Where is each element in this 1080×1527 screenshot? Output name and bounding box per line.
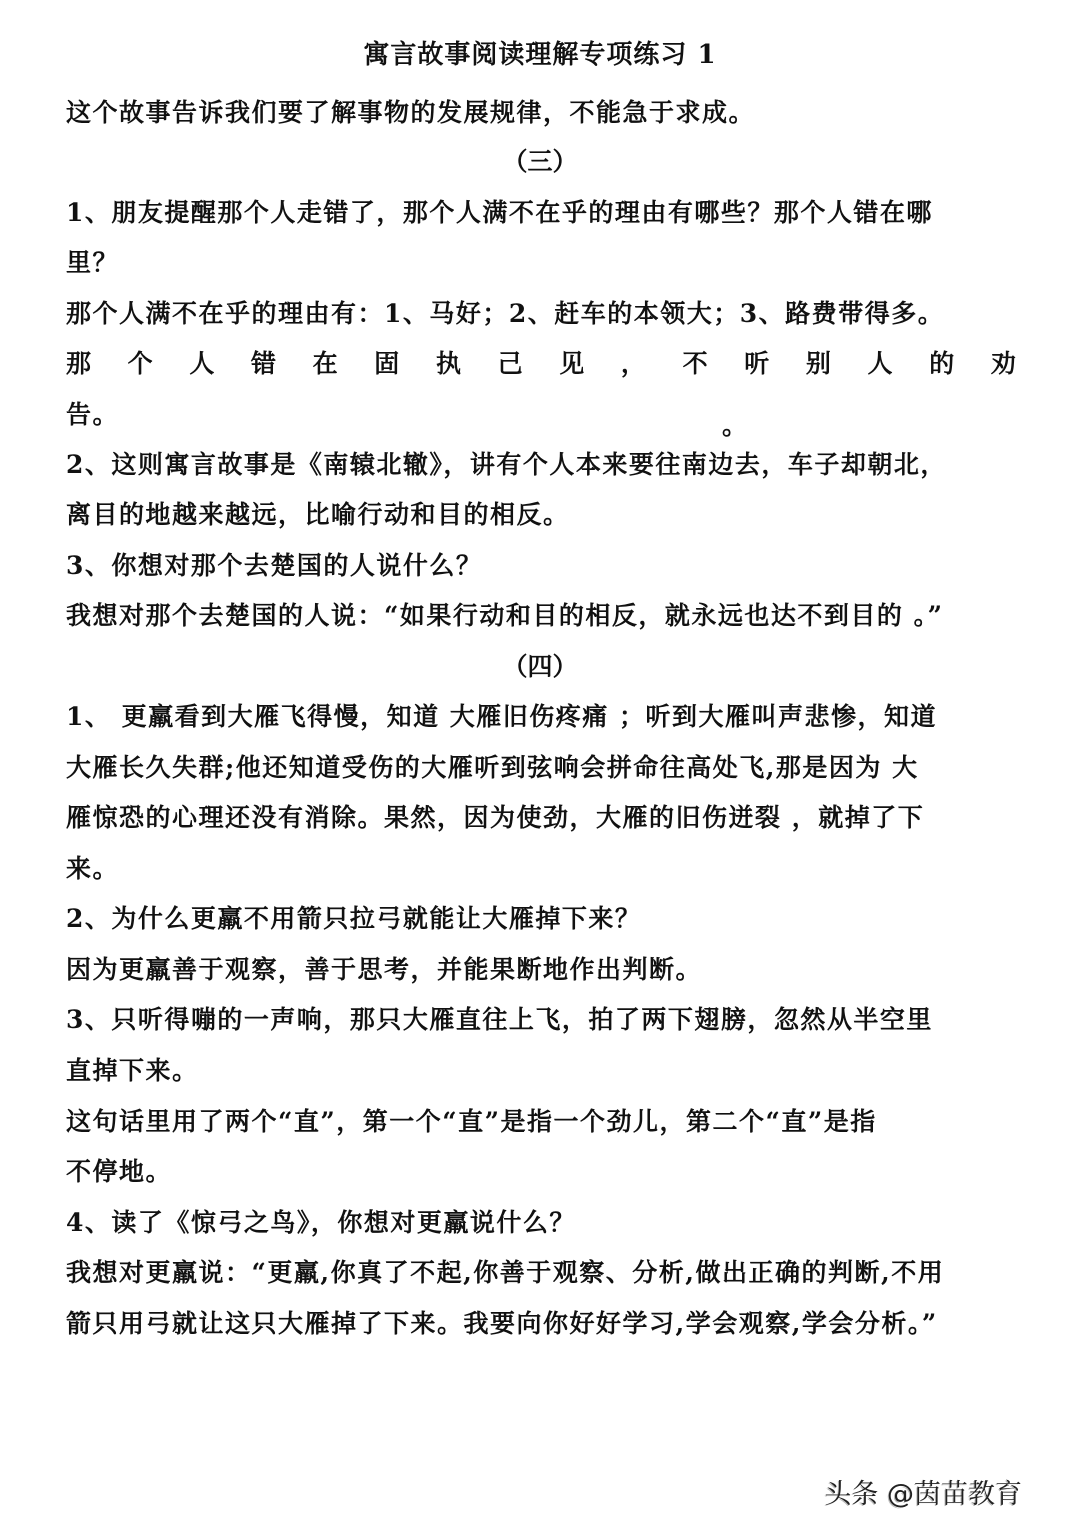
watermark: 头条 @茵苗教育 xyxy=(824,1472,1022,1511)
section4-line-2: 大雁长久失群;他还知道受伤的大雁听到弦响会拼命往高处飞,那是因为 大 xyxy=(66,751,1016,785)
char: 见 xyxy=(559,347,584,381)
char: ， xyxy=(621,347,646,381)
char: 己 xyxy=(498,347,523,381)
section-heading-4: （四） xyxy=(0,650,1080,684)
section4-line-11: 4、读了《惊弓之鸟》，你想对更羸说什么？ xyxy=(66,1206,1016,1240)
section4-line-8: 直掉下来。 xyxy=(66,1054,1016,1088)
section3-line-q1b: 里？ xyxy=(66,246,1016,280)
document-title: 寓言故事阅读理解专项练习 1 xyxy=(0,34,1080,71)
stray-period-mark: 。 xyxy=(722,406,747,442)
document-page: 寓言故事阅读理解专项练习 1 这个故事告诉我们要了解事物的发展规律，不能急于求成… xyxy=(0,0,1080,1527)
char: 那 xyxy=(66,347,91,381)
char: 错 xyxy=(251,347,276,381)
section4-line-12: 我想对更羸说：“更羸,你真了不起,你善于观察、分析,做出正确的判断,不用 xyxy=(66,1256,1016,1290)
char: 劝 xyxy=(991,347,1016,381)
section4-line-13: 箭只用弓就让这只大雁掉了下来。我要向你好好学习,学会观察,学会分析。” xyxy=(66,1307,1016,1341)
char: 固 xyxy=(374,347,399,381)
section-heading-3: （三） xyxy=(0,145,1080,179)
section3-line-a1a: 那个人满不在乎的理由有：1、马好；2、赶车的本领大；3、路费带得多。 xyxy=(66,297,1016,331)
section4-line-10: 不停地。 xyxy=(66,1155,1016,1189)
char: 在 xyxy=(313,347,338,381)
char: 不 xyxy=(683,347,708,381)
section4-line-1: 1、 更羸看到大雁飞得慢，知道 大雁旧伤疼痛 ；听到大雁叫声悲惨，知道 xyxy=(66,700,1016,734)
char: 个 xyxy=(128,347,153,381)
section3-line-a3: 我想对那个去楚国的人说：“如果行动和目的相反，就永远也达不到目的 。” xyxy=(66,599,1016,633)
char: 听 xyxy=(744,347,769,381)
section3-line-a1b-spaced: 那 个 人 错 在 固 执 己 见 ， 不 听 别 人 的 劝 xyxy=(66,347,1016,381)
section4-line-3: 雁惊恐的心理还没有消除。果然，因为使劲，大雁的旧伤迸裂 ，就掉了下 xyxy=(66,801,1016,835)
char: 的 xyxy=(929,347,954,381)
char: 人 xyxy=(868,347,893,381)
intro-line: 这个故事告诉我们要了解事物的发展规律，不能急于求成。 xyxy=(66,96,1016,130)
section4-line-9: 这句话里用了两个“直”，第一个“直”是指一个劲儿，第二个“直”是指 xyxy=(66,1105,1016,1139)
char: 人 xyxy=(189,347,214,381)
char: 别 xyxy=(806,347,831,381)
section3-line-a1c: 告。 xyxy=(66,398,1016,432)
section3-line-q3: 3、你想对那个去楚国的人说什么？ xyxy=(66,549,1016,583)
section4-line-7: 3、只听得嘣的一声响，那只大雁直往上飞，拍了两下翅膀，忽然从半空里 xyxy=(66,1003,1016,1037)
section3-line-q1a: 1、朋友提醒那个人走错了，那个人满不在乎的理由有哪些？那个人错在哪 xyxy=(66,196,1016,230)
char: 执 xyxy=(436,347,461,381)
section3-line-q2a: 2、这则寓言故事是《南辕北辙》，讲有个人本来要往南边去，车子却朝北， xyxy=(66,448,1016,482)
section4-line-4: 来。 xyxy=(66,852,1016,886)
section4-line-5: 2、为什么更羸不用箭只拉弓就能让大雁掉下来？ xyxy=(66,902,1016,936)
section3-line-q2b: 离目的地越来越远，比喻行动和目的相反。 xyxy=(66,498,1016,532)
section4-line-6: 因为更羸善于观察，善于思考，并能果断地作出判断。 xyxy=(66,953,1016,987)
